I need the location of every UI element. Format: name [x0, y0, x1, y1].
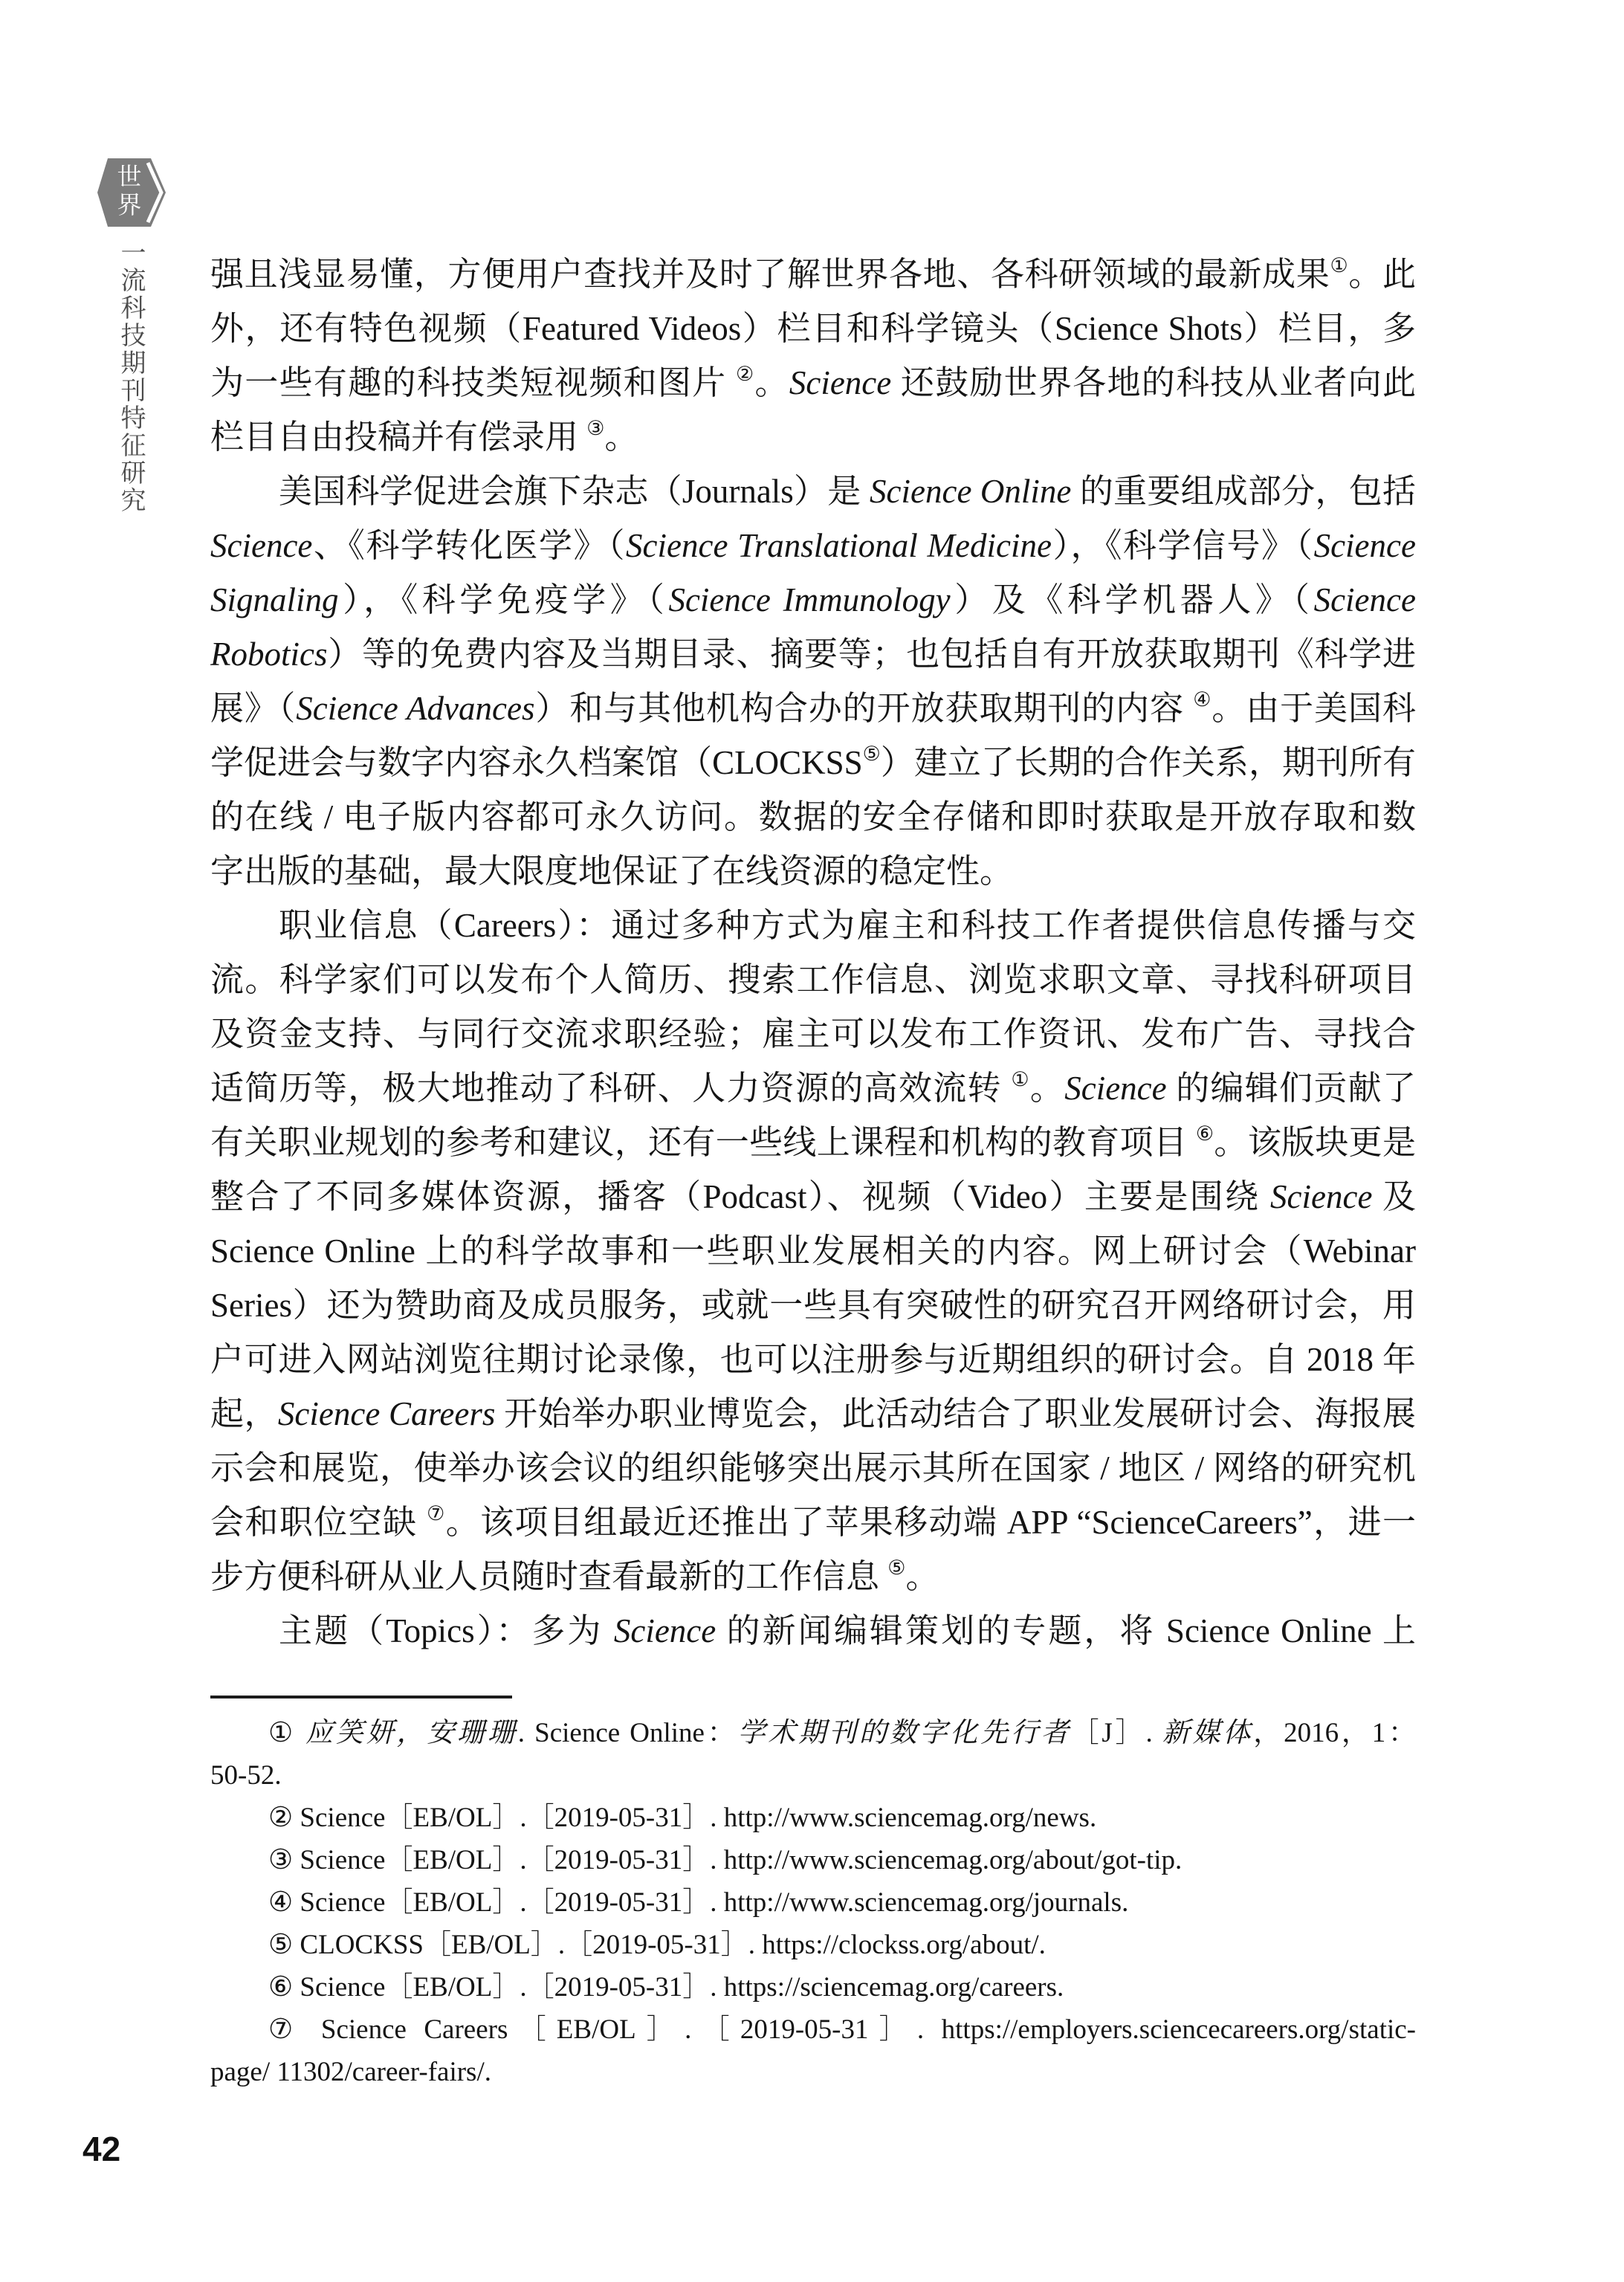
text-line: 流。科学家们可以发布个人简历、搜索工作信息、浏览求职文章、寻找科研项目 — [210, 953, 1416, 1007]
series-badge: 世界 — [96, 157, 167, 228]
badge-text: 世界 — [116, 164, 143, 220]
text-line: 有关职业规划的参考和建议，还有一些线上课程和机构的教育项目 ⑥。该版块更是 — [210, 1116, 1416, 1170]
text-line: 学促进会与数字内容永久档案馆（CLOCKSS⑤）建立了长期的合作关系，期刊所有 — [210, 736, 1416, 790]
text-line: 示会和展览，使举办该会议的组织能够突出展示其所在国家 / 地区 / 网络的研究机 — [210, 1441, 1416, 1496]
book-page: 世界 一流科技期刊特征研究 强且浅显易懂，方便用户查找并及时了解世界各地、各科研… — [0, 0, 1624, 2282]
text-line: 字出版的基础，最大限度地保证了在线资源的稳定性。 — [210, 844, 1416, 899]
text-line: 为一些有趣的科技类短视频和图片 ②。Science 还鼓励世界各地的科技从业者向… — [210, 356, 1416, 410]
text-line: ① 应笑妍，安珊珊. Science Online：学术期刊的数字化先行者［J］… — [210, 1712, 1416, 1754]
series-title-vertical: 一流科技期刊特征研究 — [112, 239, 149, 514]
text-line: ④ Science［EB/OL］.［2019-05-31］. http://ww… — [210, 1881, 1416, 1924]
footnotes-block: ① 应笑妍，安珊珊. Science Online：学术期刊的数字化先行者［J］… — [210, 1712, 1416, 2093]
text-line: 外，还有特色视频（Featured Videos）栏目和科学镜头（Science… — [210, 302, 1416, 356]
text-line: 的在线 / 电子版内容都可永久访问。数据的安全存储和即时获取是开放存取和数 — [210, 790, 1416, 844]
text-line: 美国科学促进会旗下杂志（Journals）是 Science Online 的重… — [210, 465, 1416, 519]
text-line: 50-52. — [210, 1754, 1416, 1797]
text-line: 展》（Science Advances）和与其他机构合办的开放获取期刊的内容 ④… — [210, 682, 1416, 736]
text-line: 主题（Topics）：多为 Science 的新闻编辑策划的专题，将 Scien… — [210, 1604, 1416, 1658]
text-line: ⑤ CLOCKSS［EB/OL］.［2019-05-31］. https://c… — [210, 1924, 1416, 1966]
text-line: ⑦ Science Careers［EB/OL］.［2019-05-31］. h… — [210, 2008, 1416, 2051]
text-line: 适简历等，极大地推动了科研、人力资源的高效流转 ①。Science 的编辑们贡献… — [210, 1061, 1416, 1116]
text-line: ② Science［EB/OL］.［2019-05-31］. http://ww… — [210, 1797, 1416, 1839]
page-number: 42 — [83, 2129, 120, 2169]
text-line: 栏目自由投稿并有偿录用 ③。 — [210, 410, 1416, 465]
text-line: Series）还为赞助商及成员服务，或就一些具有突破性的研究召开网络研讨会，用 — [210, 1279, 1416, 1333]
text-line: 步方便科研从业人员随时查看最新的工作信息 ⑤。 — [210, 1550, 1416, 1604]
text-line: ③ Science［EB/OL］.［2019-05-31］. http://ww… — [210, 1839, 1416, 1881]
text-line: 职业信息（Careers）：通过多种方式为雇主和科技工作者提供信息传播与交 — [210, 899, 1416, 953]
text-line: 户可进入网站浏览往期讨论录像，也可以注册参与近期组织的研讨会。自 2018 年 — [210, 1333, 1416, 1387]
text-line: Robotics）等的免费内容及当期目录、摘要等；也包括自有开放获取期刊《科学进 — [210, 627, 1416, 682]
text-line: 起，Science Careers 开始举办职业博览会，此活动结合了职业发展研讨… — [210, 1387, 1416, 1441]
text-line: 强且浅显易懂，方便用户查找并及时了解世界各地、各科研领域的最新成果①。此 — [210, 248, 1416, 302]
text-line: 会和职位空缺 ⑦。该项目组最近还推出了苹果移动端 APP “ScienceCar… — [210, 1496, 1416, 1550]
text-line: Science Online 上的科学故事和一些职业发展相关的内容。网上研讨会（… — [210, 1224, 1416, 1279]
footnote-separator — [210, 1696, 512, 1698]
body-text: 强且浅显易懂，方便用户查找并及时了解世界各地、各科研领域的最新成果①。此外，还有… — [210, 248, 1416, 1658]
text-line: 整合了不同多媒体资源，播客（Podcast）、视频（Video）主要是围绕 Sc… — [210, 1170, 1416, 1224]
text-line: Science、《科学转化医学》（Science Translational M… — [210, 519, 1416, 573]
text-line: 及资金支持、与同行交流求职经验；雇主可以发布工作资讯、发布广告、寻找合 — [210, 1007, 1416, 1061]
text-line: Signaling），《科学免疫学》（Science Immunology）及《… — [210, 573, 1416, 627]
text-line: page/ 11302/career-fairs/. — [210, 2051, 1416, 2093]
text-line: ⑥ Science［EB/OL］.［2019-05-31］. https://s… — [210, 1966, 1416, 2008]
